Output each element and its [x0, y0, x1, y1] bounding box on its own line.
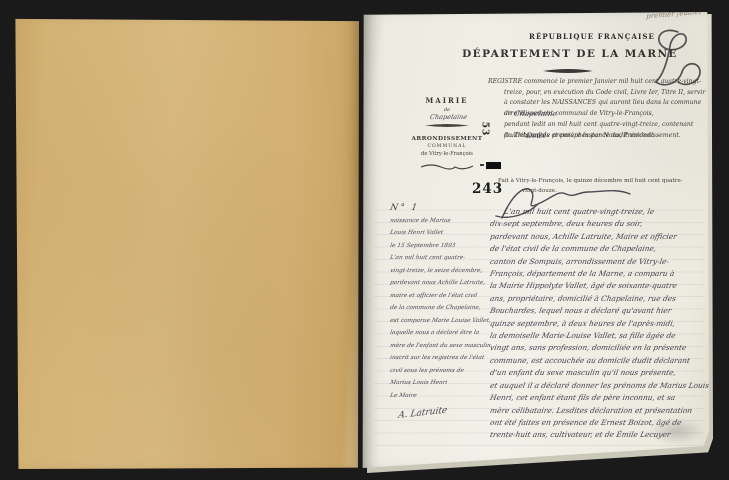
margin-note-line: vingt-treize, le seize décembre, [389, 265, 491, 278]
birth-act-body: L'an mil huit cent quatre-vingt-treize, … [490, 206, 708, 442]
act-body-line: pardevant nous, Achille Latruite, Maire … [489, 231, 709, 243]
act-body-line: et auquel il a déclaré donner les prénom… [489, 380, 709, 392]
pencil-annotation: premier feuillet [614, 5, 729, 24]
stamp-commune-handwritten: Chapelaine [429, 113, 468, 121]
stamp-squiggle-rule [421, 163, 473, 171]
register-preamble: REGISTRE commencé le premier Janvier mil… [488, 77, 704, 141]
stamp-commune-line: deChapelaine [400, 107, 494, 121]
act-body-line: canton de Sompuis, arrondissement de Vit… [489, 256, 709, 268]
act-body-line: Bouchardes, lequel nous a déclaré qu'ava… [489, 305, 709, 317]
stamp-arrondissement-label: ARRONDISSEMENT [400, 136, 494, 142]
margin-note-line: naissance de Marius [389, 215, 491, 228]
black-redaction-mark [486, 162, 501, 169]
margin-note-line: laquelle nous a déclaré être la [389, 327, 491, 340]
left-blank-page [14, 18, 359, 469]
act-body-line: d'un enfant du sexe masculin qu'il nous … [489, 367, 709, 379]
margin-note-line: civil sous les prénoms de [389, 365, 491, 378]
margin-note-line: mère de l'enfant du sexe masculin [389, 340, 491, 353]
act-body-line: vingt ans, sans profession, domiciliée e… [489, 342, 709, 354]
margin-note-line: pardevant nous Achille Latruite, [389, 277, 491, 290]
preamble-line: treize, pour, en exécution du Code civil… [488, 88, 704, 99]
margin-note-line: Louis Henri Vallet [389, 227, 491, 240]
margin-note-column: N° 1naissance de MariusLouis Henri Valle… [390, 202, 490, 418]
margin-note-line: Marius Louis Henri [389, 377, 491, 390]
department-heading: DÉPARTEMENT DE LA MARNE [420, 48, 720, 60]
ink-smudge [648, 418, 704, 444]
stamp-tapered-rule [425, 123, 469, 128]
archival-scan-viewport: { "annotations": { "pencil_note": "premi… [0, 0, 729, 480]
preamble-line: à constater les NAISSANCES qui auront li… [488, 98, 704, 109]
act-body-line: Henri, cet enfant étant fils de père inc… [489, 392, 709, 404]
act-body-line: la demoiselle Marie-Louise Vallet, sa fi… [489, 330, 709, 342]
act-body-line: quinze septembre, à deux heures de l'apr… [489, 318, 709, 330]
printed-feuillets: feuillets, cotés et paraphés par Nous, P… [504, 131, 654, 142]
margin-note-line: le 15 Septembre 1893 [389, 240, 491, 253]
printed-de: de [504, 109, 512, 120]
stamp-vitry-label: de Vitry-le-François [400, 151, 494, 157]
register-page: premier feuillet RÉPUBLIQUE FRANÇAISE DÉ… [362, 12, 709, 468]
margin-note-line: de la commune de Chapelaine, [389, 302, 491, 315]
handwritten-commune: Chapelaine [513, 109, 558, 120]
republic-heading: RÉPUBLIQUE FRANÇAISE [492, 32, 692, 41]
margin-note-line: Le Maire [389, 390, 491, 403]
preamble-line: pendant ledit an mil huit cent quatre-vi… [488, 120, 704, 131]
margin-note-line: L'an mil huit cent quatre- [389, 252, 491, 265]
act-body-line: ans, propriétaire, domicilié à Chapelain… [489, 293, 709, 305]
act-body-line: de l'état civil de la commune de Chapela… [489, 243, 709, 255]
margin-note-line: est comparue Marie Louise Vallet, [389, 315, 491, 328]
act-body-line: dix-sept septembre, deux heures du soir, [489, 218, 709, 230]
preamble-line: REGISTRE commencé le premier Janvier mil… [488, 77, 704, 88]
act-body-line: François, département de la Marne, a com… [489, 268, 709, 280]
swelled-rule [543, 68, 593, 74]
act-body-line: L'an mil huit cent quatre-vingt-treize, … [489, 206, 709, 218]
stamp-mairie-label: MAIRIE [400, 96, 494, 105]
stamp-communal-label: COMMUNAL [400, 144, 494, 149]
act-body-line: commune, est accouchée au domicile dudit… [489, 355, 709, 367]
margin-note-line: maire et officier de l'état civil [389, 290, 491, 303]
act-body-line: mère célibataire. Lesdites déclaration e… [489, 405, 709, 417]
margin-note-line: inscrit sur les registres de l'état [389, 352, 491, 365]
black-mark-dash [480, 164, 484, 166]
margin-note-line: N° 1 [389, 202, 491, 215]
act-body-line: la Mairie Hippolyte Vallet, âgé de soixa… [489, 280, 709, 292]
folio-number: 53 [479, 122, 489, 137]
